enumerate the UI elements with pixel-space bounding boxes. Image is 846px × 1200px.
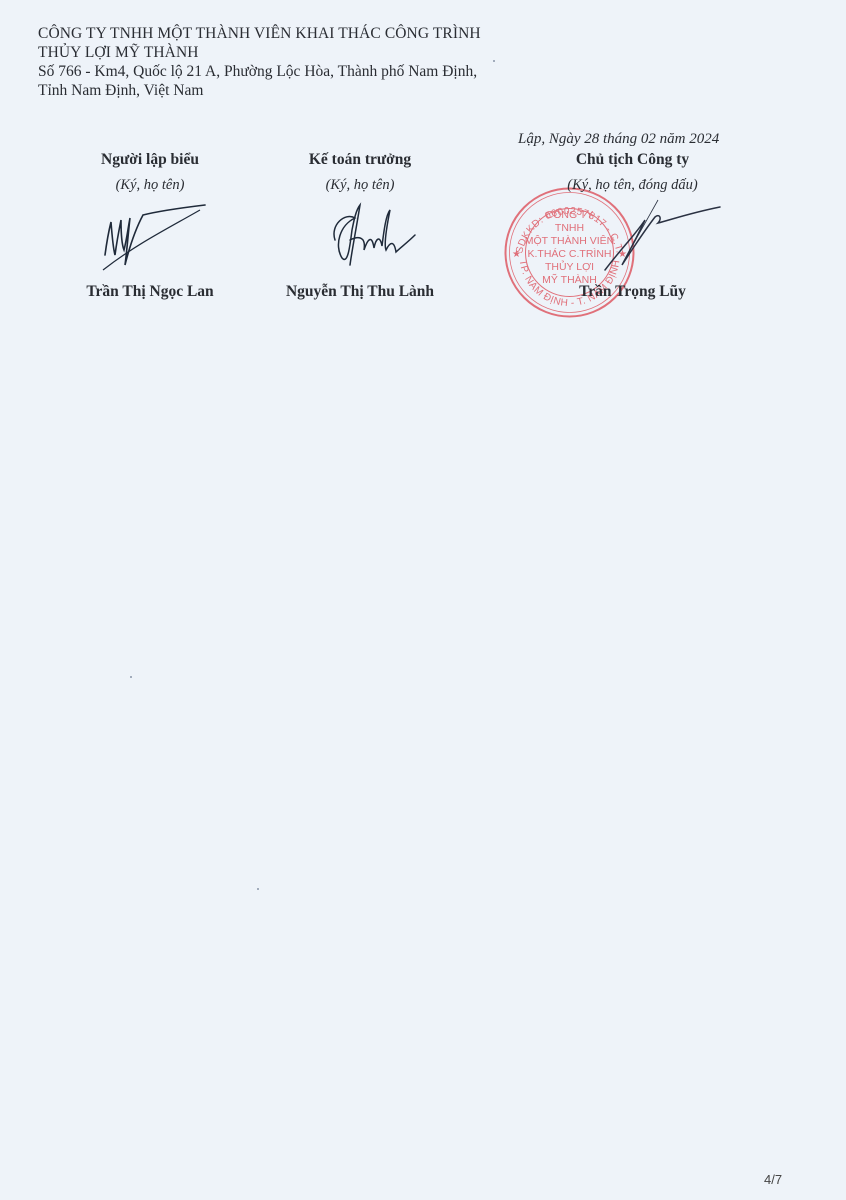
company-name-line1: CÔNG TY TNHH MỘT THÀNH VIÊN KHAI THÁC CÔ… bbox=[38, 24, 481, 43]
signature-scribble-icon bbox=[600, 195, 725, 275]
signatory-name: Nguyễn Thị Thu Lành bbox=[270, 283, 450, 301]
signature-block-chairman: Chủ tịch Công ty (Ký, họ tên, đóng dấu) … bbox=[535, 150, 730, 195]
signatory-hint: (Ký, họ tên, đóng dấu) bbox=[535, 175, 730, 195]
scan-speck bbox=[257, 888, 259, 890]
signature-scribble-icon bbox=[95, 200, 215, 275]
scan-speck bbox=[493, 60, 495, 62]
company-address-line1: Số 766 - Km4, Quốc lộ 21 A, Phường Lộc H… bbox=[38, 62, 481, 81]
signatory-hint: (Ký, họ tên) bbox=[60, 175, 240, 195]
page-number: 4/7 bbox=[764, 1172, 782, 1187]
company-address-line2: Tỉnh Nam Định, Việt Nam bbox=[38, 81, 481, 100]
signatory-hint: (Ký, họ tên) bbox=[270, 175, 450, 195]
signatory-role: Chủ tịch Công ty bbox=[535, 150, 730, 170]
document-date: Lập, Ngày 28 tháng 02 năm 2024 bbox=[518, 131, 719, 148]
company-name-line2: THỦY LỢI MỸ THÀNH bbox=[38, 43, 481, 62]
scan-speck bbox=[130, 676, 132, 678]
signatory-role: Người lập biểu bbox=[60, 150, 240, 170]
signature-block-chief-accountant: Kế toán trưởng (Ký, họ tên) Nguyễn Thị T… bbox=[270, 150, 450, 195]
signatory-name: Trần Trọng Lũy bbox=[535, 283, 730, 301]
signature-scribble-icon bbox=[320, 200, 420, 275]
signatory-role: Kế toán trưởng bbox=[270, 150, 450, 170]
signatory-name: Trần Thị Ngọc Lan bbox=[60, 283, 240, 301]
company-header: CÔNG TY TNHH MỘT THÀNH VIÊN KHAI THÁC CÔ… bbox=[38, 24, 481, 100]
signature-block-preparer: Người lập biểu (Ký, họ tên) Trần Thị Ngọ… bbox=[60, 150, 240, 195]
